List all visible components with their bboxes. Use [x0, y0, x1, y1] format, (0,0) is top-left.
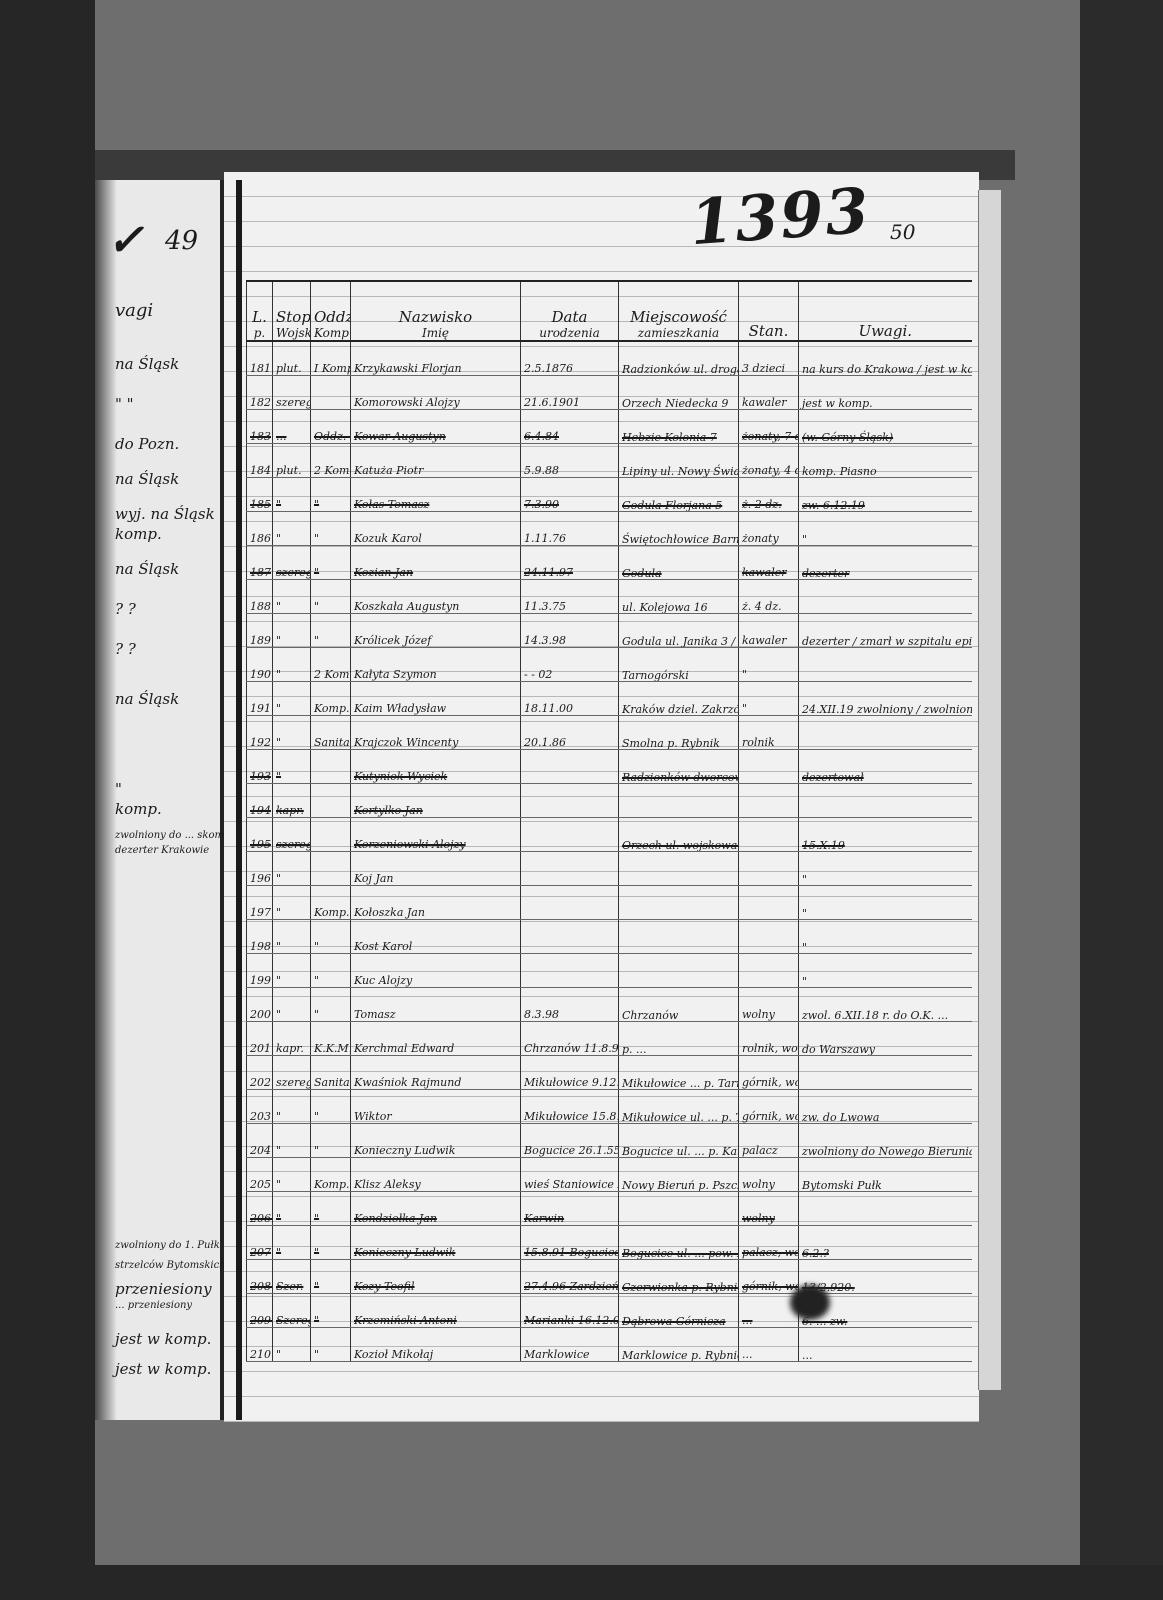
register-row: 198""Kost Karol": [247, 920, 972, 954]
rank-cell: ": [273, 1328, 311, 1362]
unit-cell: Sanitar. ołąski: [311, 1056, 351, 1090]
unit-cell: Komp. szkolna: [311, 1158, 351, 1192]
birth-date-cell: 7.3.90: [521, 478, 619, 512]
unit-cell: [311, 818, 351, 852]
full-name-cell: Kwaśniok Rajmund: [351, 1056, 521, 1090]
entry-number-cell: 198: [247, 920, 273, 954]
left-remark: przeniesiony: [115, 1280, 212, 1298]
unit-cell: ": [311, 1260, 351, 1294]
register-row: 193"Kutyniok WyciekRadzionków dworcowa /…: [247, 750, 972, 784]
birth-date-cell: 15.8.91 Bogucice p. Katow.: [521, 1226, 619, 1260]
marital-status-cell: rolnik: [739, 716, 799, 750]
register-row: 202 / 180szereg.Sanitar. ołąskiKwaśniok …: [247, 1056, 972, 1090]
residence-cell: [619, 1192, 739, 1226]
left-page-number: 49: [165, 226, 198, 256]
entry-number-cell: 209 / 145: [247, 1294, 273, 1328]
remarks-cell: do Warszawy: [799, 1022, 972, 1056]
left-remark: wyj. na Śląsk: [115, 505, 215, 523]
register-row: 206 / 62""Kondziołka JanKarwinwolny: [247, 1192, 972, 1226]
scanner-edge-bottom: [0, 1565, 1163, 1600]
entry-number-cell: 202 / 180: [247, 1056, 273, 1090]
full-name-cell: Kozian Jan: [351, 546, 521, 580]
residence-cell: [619, 886, 739, 920]
unit-cell: ": [311, 1090, 351, 1124]
register-table: L.p.StopieńWojsk.Oddz.Komp.NazwiskoImięD…: [246, 280, 972, 1362]
full-name-cell: Komorowski Alojzy: [351, 376, 521, 410]
unit-cell: K.K.M.: [311, 1022, 351, 1056]
entry-number-cell: 193: [247, 750, 273, 784]
left-remark: na Śląsk: [115, 690, 179, 708]
unit-cell: [311, 376, 351, 410]
birth-date-cell: [521, 954, 619, 988]
residence-cell: Kraków dziel. Zakrzówek: [619, 682, 739, 716]
register-row: 201kapr.K.K.M.Kerchmal EdwardChrzanów 11…: [247, 1022, 972, 1056]
entry-number-cell: 206 / 62: [247, 1192, 273, 1226]
register-row: 203 / 131""WiktorMikułowice 15.8.91Mikuł…: [247, 1090, 972, 1124]
rank-cell: kapr.: [273, 1022, 311, 1056]
remarks-cell: ": [799, 886, 972, 920]
residence-cell: Orzech ul. wojskowa / Łagiewniki Królews…: [619, 818, 739, 852]
entry-number-cell: 182: [247, 376, 273, 410]
birth-date-cell: 24.11.97: [521, 546, 619, 580]
birth-date-cell: [521, 784, 619, 818]
col-remarks-header: Uwagi.: [799, 281, 972, 341]
full-name-cell: Kaim Władysław: [351, 682, 521, 716]
remarks-cell: dezertował: [799, 750, 972, 784]
full-name-cell: Krzykawski Florjan: [351, 341, 521, 376]
marital-status-cell: [739, 784, 799, 818]
rank-cell: ": [273, 1090, 311, 1124]
rank-cell: ": [273, 648, 311, 682]
left-remark: ": [115, 780, 122, 798]
entry-number-cell: 204 / 134: [247, 1124, 273, 1158]
unit-cell: [311, 784, 351, 818]
birth-date-cell: 21.6.1901: [521, 376, 619, 410]
residence-cell: Bogucice ul. ... p. Katowicki: [619, 1124, 739, 1158]
marital-status-cell: żonaty, 7 dzieci: [739, 410, 799, 444]
remarks-cell: Bytomski Pułk: [799, 1158, 972, 1192]
rank-cell: Szer.: [273, 1260, 311, 1294]
register-row: 185""Kołas Tomasz7.3.90Godula Florjana 5…: [247, 478, 972, 512]
residence-cell: Mikułowice ul. ... p. Tarnogórski: [619, 1090, 739, 1124]
full-name-cell: Kałyta Szymon: [351, 648, 521, 682]
birth-date-cell: [521, 818, 619, 852]
register-row: 183...Oddz. Obserw.Kowar Augustyn6.4.84H…: [247, 410, 972, 444]
rank-cell: ": [273, 580, 311, 614]
residence-cell: Świętochłowice Barnyldy 26: [619, 512, 739, 546]
register-row: 181plut.I Komp.Krzykawski Florjan2.5.187…: [247, 341, 972, 376]
register-row: 200""Tomasz8.3.98Chrzanówwolnyzwol. 6.XI…: [247, 988, 972, 1022]
birth-date-cell: 8.3.98: [521, 988, 619, 1022]
register-row: 205 / 75"Komp. szkolnaKlisz Aleksywieś S…: [247, 1158, 972, 1192]
full-name-cell: Królicek Józef: [351, 614, 521, 648]
col-unit-header: Oddz.Komp.: [311, 281, 351, 341]
register-row: 199""Kuc Alojzy": [247, 954, 972, 988]
marital-status-cell: [739, 920, 799, 954]
register-row: 197"Komp. Tarnog. Katow.Kołoszka Jan": [247, 886, 972, 920]
rank-cell: ": [273, 682, 311, 716]
rank-cell: ": [273, 1192, 311, 1226]
register-row: 186""Kozuk Karol1.11.76Świętochłowice Ba…: [247, 512, 972, 546]
entry-number-cell: 191: [247, 682, 273, 716]
full-name-cell: Krzemiński Antoni: [351, 1294, 521, 1328]
page-edge: [978, 190, 1001, 1390]
col-birthdate-header: Dataurodzenia: [521, 281, 619, 341]
remarks-cell: ": [799, 852, 972, 886]
rank-cell: szereg.: [273, 376, 311, 410]
birth-date-cell: [521, 886, 619, 920]
marital-status-cell: 3 dzieci: [739, 341, 799, 376]
full-name-cell: Kutyniok Wyciek: [351, 750, 521, 784]
rank-cell: ": [273, 750, 311, 784]
register-row: 182szereg.Komorowski Alojzy21.6.1901Orze…: [247, 376, 972, 410]
scanner-edge-left: [0, 0, 95, 1600]
page-number: 50: [890, 220, 915, 244]
unit-cell: ": [311, 614, 351, 648]
residence-cell: ul. Kolejowa 16: [619, 580, 739, 614]
birth-date-cell: Mikułowice 9.12.94: [521, 1056, 619, 1090]
full-name-cell: Kuc Alojzy: [351, 954, 521, 988]
marital-status-cell: palacz, wolny: [739, 1226, 799, 1260]
entry-number-cell: 183: [247, 410, 273, 444]
rank-cell: ": [273, 852, 311, 886]
unit-cell: ": [311, 580, 351, 614]
residence-cell: p. ...: [619, 1022, 739, 1056]
full-name-cell: Krajczok Wincenty: [351, 716, 521, 750]
register-row: 187szereg."Kozian Jan24.11.97Godulakawal…: [247, 546, 972, 580]
rank-cell: plut.: [273, 444, 311, 478]
rank-cell: ": [273, 1226, 311, 1260]
register-row: 184plut.2 Komp. Pyk.Katuża Piotr5.9.88Li…: [247, 444, 972, 478]
residence-cell: Tarnogórski: [619, 648, 739, 682]
residence-cell: Godula ul. Janika 3 / Wielkowo Góra: [619, 614, 739, 648]
marital-status-cell: kawaler: [739, 376, 799, 410]
marital-status-cell: [739, 750, 799, 784]
full-name-cell: Konieczny Ludwik: [351, 1124, 521, 1158]
remarks-cell: [799, 1192, 972, 1226]
residence-cell: Radzionków ul. droga polna 5: [619, 341, 739, 376]
birth-date-cell: 18.11.00: [521, 682, 619, 716]
entry-number-cell: 195: [247, 818, 273, 852]
residence-cell: [619, 852, 739, 886]
residence-cell: [619, 954, 739, 988]
register-row: 194kapr.Kortylko Jan: [247, 784, 972, 818]
register-row: 190"2 Komp. Rezerw.Kałyta Szymon- - 02Ta…: [247, 648, 972, 682]
full-name-cell: Koszkała Augustyn: [351, 580, 521, 614]
entry-number-cell: 210 / 154: [247, 1328, 273, 1362]
register-row: 192"Sanitar.Krajczok Wincenty20.1.86Smol…: [247, 716, 972, 750]
full-name-cell: Wiktor: [351, 1090, 521, 1124]
remarks-cell: zwol. 6.XII.18 r. do O.K. ...: [799, 988, 972, 1022]
left-remark: jest w komp.: [115, 1330, 211, 1348]
register-row: 210 / 154""Kozioł MikołajMarklowiceMarkl…: [247, 1328, 972, 1362]
birth-date-cell: 14.3.98: [521, 614, 619, 648]
remarks-cell: jest w komp.: [799, 376, 972, 410]
entry-number-cell: 200: [247, 988, 273, 1022]
residence-cell: Radzionków dworcowa / Stach p. Bytomski: [619, 750, 739, 784]
full-name-cell: Tomasz: [351, 988, 521, 1022]
rank-cell: ": [273, 716, 311, 750]
entry-number-cell: 205 / 75: [247, 1158, 273, 1192]
remarks-cell: 15.X.19: [799, 818, 972, 852]
birth-date-cell: Chrzanów 11.8.99: [521, 1022, 619, 1056]
col-status-header: Stan.: [739, 281, 799, 341]
scanner-edge-right: [1080, 0, 1163, 1600]
birth-date-cell: 5.9.88: [521, 444, 619, 478]
marital-status-cell: palacz: [739, 1124, 799, 1158]
unit-cell: [311, 750, 351, 784]
birth-date-cell: 11.3.75: [521, 580, 619, 614]
register-row: 188""Koszkała Augustyn11.3.75ul. Kolejow…: [247, 580, 972, 614]
marital-status-cell: rolnik, wolny: [739, 1022, 799, 1056]
marital-status-cell: żonaty: [739, 512, 799, 546]
remarks-cell: [799, 580, 972, 614]
unit-cell: ": [311, 954, 351, 988]
left-remark: na Śląsk: [115, 560, 179, 578]
full-name-cell: Konieczny Ludwik: [351, 1226, 521, 1260]
left-remark: ? ?: [115, 600, 136, 618]
register-row: 189""Królicek Józef14.3.98Godula ul. Jan…: [247, 614, 972, 648]
unit-cell: 2 Komp. Pyk.: [311, 444, 351, 478]
residence-cell: Hebzie Kolonia 7: [619, 410, 739, 444]
full-name-cell: Koj Jan: [351, 852, 521, 886]
remarks-cell: [799, 1056, 972, 1090]
register-header-row: L.p.StopieńWojsk.Oddz.Komp.NazwiskoImięD…: [247, 281, 972, 341]
register-row: 204 / 134""Konieczny LudwikBogucice 26.1…: [247, 1124, 972, 1158]
unit-cell: Komp. Tarnog. Katow.: [311, 886, 351, 920]
full-name-cell: Kozioł Mikołaj: [351, 1328, 521, 1362]
rank-cell: ...: [273, 410, 311, 444]
remarks-cell: [799, 716, 972, 750]
marital-status-cell: wolny: [739, 1158, 799, 1192]
rank-cell: ": [273, 614, 311, 648]
left-remark: ... przeniesiony: [115, 1300, 192, 1311]
unit-cell: ": [311, 1226, 351, 1260]
full-name-cell: Kozuk Karol: [351, 512, 521, 546]
marital-status-cell: żonaty, 4 dz.: [739, 444, 799, 478]
full-name-cell: Korzeniowski Alojzy: [351, 818, 521, 852]
marital-status-cell: ż. 2 dz.: [739, 478, 799, 512]
remarks-cell: 24.XII.19 zwolniony / zwolniony do ... n…: [799, 682, 972, 716]
unit-cell: ": [311, 1124, 351, 1158]
ink-blot: [790, 1285, 830, 1320]
marital-status-cell: wolny: [739, 1192, 799, 1226]
birth-date-cell: 6.4.84: [521, 410, 619, 444]
full-name-cell: Kołas Tomasz: [351, 478, 521, 512]
entry-number-cell: 199: [247, 954, 273, 988]
entry-number-cell: 184: [247, 444, 273, 478]
unit-cell: I Komp.: [311, 341, 351, 376]
entry-number-cell: 187: [247, 546, 273, 580]
remarks-cell: 13/2.920.: [799, 1260, 972, 1294]
full-name-cell: Kortylko Jan: [351, 784, 521, 818]
entry-number-cell: 185: [247, 478, 273, 512]
left-remark: ? ?: [115, 640, 136, 658]
residence-cell: [619, 784, 739, 818]
left-remark: komp.: [115, 525, 162, 543]
remarks-cell: zwolniony do Nowego Bierunia pow. Pszczy…: [799, 1124, 972, 1158]
birth-date-cell: Bogucice 26.1.55: [521, 1124, 619, 1158]
birth-date-cell: Mikułowice 15.8.91: [521, 1090, 619, 1124]
birth-date-cell: Karwin: [521, 1192, 619, 1226]
register-row: 207""Konieczny Ludwik15.8.91 Bogucice p.…: [247, 1226, 972, 1260]
rank-cell: plut.: [273, 341, 311, 376]
left-page-fragment: ✓ 49 vagi na Śląsk" "do Pozn.na Śląskwyj…: [95, 180, 224, 1420]
unit-cell: ": [311, 1294, 351, 1328]
register-row: 196"Koj Jan": [247, 852, 972, 886]
residence-cell: Mikułowice ... p. Tarnogórski: [619, 1056, 739, 1090]
residence-cell: Czerwionka p. Rybnicki: [619, 1260, 739, 1294]
left-remark: strzelców Bytomskich: [115, 1260, 226, 1271]
unit-cell: ": [311, 988, 351, 1022]
marital-status-cell: kawaler: [739, 614, 799, 648]
rank-cell: ": [273, 1158, 311, 1192]
remarks-cell: [799, 648, 972, 682]
entry-number-cell: 188: [247, 580, 273, 614]
col-name-header: NazwiskoImię: [351, 281, 521, 341]
birth-date-cell: [521, 920, 619, 954]
rank-cell: ": [273, 478, 311, 512]
register-row: 209 / 145Szereg."Krzemiński AntoniMarian…: [247, 1294, 972, 1328]
entry-number-cell: 181: [247, 341, 273, 376]
remarks-cell: dezerter: [799, 546, 972, 580]
residence-cell: Bogucice ul. ... pow. Katow.: [619, 1226, 739, 1260]
residence-cell: Marklowice p. Rybnicki: [619, 1328, 739, 1362]
left-remark: dezerter Krakowie: [115, 845, 209, 856]
unit-cell: ": [311, 546, 351, 580]
rank-cell: szereg.: [273, 818, 311, 852]
remarks-cell: ...: [799, 1328, 972, 1362]
rank-cell: ": [273, 1124, 311, 1158]
full-name-cell: Kozy Teofil: [351, 1260, 521, 1294]
register-row: 195szereg.Korzeniowski AlojzyOrzech ul. …: [247, 818, 972, 852]
entry-number-cell: 189: [247, 614, 273, 648]
remarks-cell: ": [799, 954, 972, 988]
marital-status-cell: górnik, wolny: [739, 1260, 799, 1294]
marital-status-cell: górnik, wolny: [739, 1056, 799, 1090]
entry-number-cell: 203 / 131: [247, 1090, 273, 1124]
left-remark: " ": [115, 395, 134, 413]
birth-date-cell: Marklowice: [521, 1328, 619, 1362]
full-name-cell: Kost Karol: [351, 920, 521, 954]
left-column-header: vagi: [115, 300, 153, 321]
unit-cell: ": [311, 512, 351, 546]
marital-status-cell: [739, 852, 799, 886]
remarks-cell: ": [799, 512, 972, 546]
marital-status-cell: wolny: [739, 988, 799, 1022]
left-remark: na Śląsk: [115, 470, 179, 488]
register-row: 191"Komp. szkolnaKaim Władysław18.11.00K…: [247, 682, 972, 716]
left-remark: komp.: [115, 800, 162, 818]
unit-cell: ": [311, 1192, 351, 1226]
col-number-header: L.p.: [247, 281, 273, 341]
residence-cell: Smolna p. Rybnik: [619, 716, 739, 750]
birth-date-cell: 27.4.96 Zardzień p. ...: [521, 1260, 619, 1294]
register-row: 208 / 143Szer."Kozy Teofil27.4.96 Zardzi…: [247, 1260, 972, 1294]
rank-cell: szereg.: [273, 546, 311, 580]
full-name-cell: Klisz Aleksy: [351, 1158, 521, 1192]
residence-cell: Chrzanów: [619, 988, 739, 1022]
rank-cell: ": [273, 954, 311, 988]
birth-date-cell: Marianki 16.12.06: [521, 1294, 619, 1328]
col-residence-header: Miejscowośćzamieszkania: [619, 281, 739, 341]
birth-date-cell: - - 02: [521, 648, 619, 682]
marital-status-cell: [739, 954, 799, 988]
rank-cell: kapr.: [273, 784, 311, 818]
birth-date-cell: wieś Staniowice 25.11.97: [521, 1158, 619, 1192]
unit-cell: Sanitar.: [311, 716, 351, 750]
full-name-cell: Kerchmal Edward: [351, 1022, 521, 1056]
entry-number-cell: 197: [247, 886, 273, 920]
residence-cell: Godula: [619, 546, 739, 580]
birth-date-cell: [521, 852, 619, 886]
full-name-cell: Kondziołka Jan: [351, 1192, 521, 1226]
marital-status-cell: ": [739, 682, 799, 716]
unit-cell: ": [311, 1328, 351, 1362]
residence-cell: Lipiny ul. Nowy Świat 4: [619, 444, 739, 478]
marital-status-cell: kawaler: [739, 546, 799, 580]
residence-cell: Dąbrowa Górnicza: [619, 1294, 739, 1328]
residence-cell: Orzech Niedecka 9: [619, 376, 739, 410]
left-remark: jest w komp.: [115, 1360, 211, 1378]
rank-cell: ": [273, 886, 311, 920]
full-name-cell: Katuża Piotr: [351, 444, 521, 478]
marital-status-cell: [739, 886, 799, 920]
birth-date-cell: 2.5.1876: [521, 341, 619, 376]
col-rank-header: StopieńWojsk.: [273, 281, 311, 341]
unit-cell: [311, 852, 351, 886]
rank-cell: ": [273, 920, 311, 954]
full-name-cell: Kowar Augustyn: [351, 410, 521, 444]
left-remark: do Pozn.: [115, 435, 179, 453]
rank-cell: ": [273, 988, 311, 1022]
remarks-cell: (w. Górny Śląsk): [799, 410, 972, 444]
left-remark: na Śląsk: [115, 355, 179, 373]
unit-cell: ": [311, 478, 351, 512]
entry-number-cell: 208 / 143: [247, 1260, 273, 1294]
left-remark: zwolniony do 1. Pułk: [115, 1240, 220, 1251]
remarks-cell: dezerter / zmarł w szpitalu epidemicznym…: [799, 614, 972, 648]
residence-cell: Nowy Bieruń p. Pszczyński / Karwin: [619, 1158, 739, 1192]
remarks-cell: [799, 784, 972, 818]
rank-cell: Szereg.: [273, 1294, 311, 1328]
remarks-cell: zw. 6.12.19: [799, 478, 972, 512]
rank-cell: szereg.: [273, 1056, 311, 1090]
residence-cell: Godula Florjana 5: [619, 478, 739, 512]
book-spine: [236, 180, 242, 1420]
unit-cell: ": [311, 920, 351, 954]
remarks-cell: zw. do Lwowa: [799, 1090, 972, 1124]
entry-number-cell: 194: [247, 784, 273, 818]
entry-number-cell: 186: [247, 512, 273, 546]
marital-status-cell: ": [739, 648, 799, 682]
marital-status-cell: [739, 818, 799, 852]
remarks-cell: komp. Piasno: [799, 444, 972, 478]
marital-status-cell: górnik, wolny: [739, 1090, 799, 1124]
entry-number-cell: 192: [247, 716, 273, 750]
entry-number-cell: 190: [247, 648, 273, 682]
remarks-cell: ": [799, 920, 972, 954]
unit-cell: 2 Komp. Rezerw.: [311, 648, 351, 682]
birth-date-cell: 1.11.76: [521, 512, 619, 546]
birth-date-cell: [521, 750, 619, 784]
unit-cell: Oddz. Obserw.: [311, 410, 351, 444]
unit-cell: Komp. szkolna: [311, 682, 351, 716]
rank-cell: ": [273, 512, 311, 546]
full-name-cell: Kołoszka Jan: [351, 886, 521, 920]
remarks-cell: 6.2.?: [799, 1226, 972, 1260]
marital-status-cell: ż. 4 dz.: [739, 580, 799, 614]
